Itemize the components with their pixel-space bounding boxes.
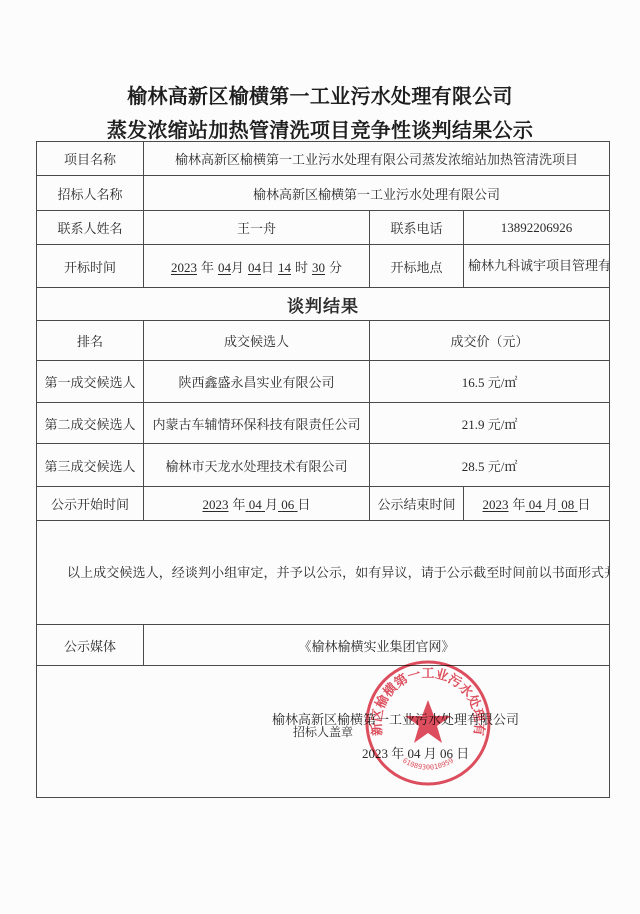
phone-value: 13892206926 [464, 211, 610, 245]
row-tenderer: 招标人名称 榆林高新区榆横第一工业污水处理有限公司 [37, 176, 610, 211]
project-name-value: 榆林高新区榆横第一工业污水处理有限公司蒸发浓缩站加热管清洗项目 [144, 142, 610, 176]
row-publicity-period: 公示开始时间 2023年 04 月 06 日 公示结束时间 2023年 04 月… [37, 487, 610, 521]
stamp-code: 6108930010959 [401, 757, 455, 772]
row-signature: 招标人盖章 [37, 666, 610, 798]
col-header-price: 成交价（元） [370, 321, 610, 361]
publicity-end-label: 公示结束时间 [370, 487, 464, 521]
candidate-cell: 内蒙古车辅情环保科技有限责任公司 [144, 403, 370, 444]
row-media: 公示媒体 《榆林榆横实业集团官网》 [37, 625, 610, 666]
unit-minute: 分 [329, 260, 342, 275]
end-month: 04 [529, 497, 542, 512]
tenderer-value: 榆林高新区榆横第一工业污水处理有限公司 [144, 176, 610, 211]
opening-month: 04 [218, 260, 231, 275]
opening-hour: 14 [278, 260, 291, 275]
row-contact: 联系人姓名 王一舟 联系电话 13892206926 [37, 211, 610, 245]
unit-month: 月 [265, 497, 278, 512]
table-row: 第三成交候选人 榆林市天龙水处理技术有限公司 28.5 元/㎡ [37, 444, 610, 487]
contact-value: 王一舟 [144, 211, 370, 245]
unit-day: 日 [298, 497, 311, 512]
candidate-cell: 榆林市天龙水处理技术有限公司 [144, 444, 370, 487]
price-cell: 16.5 元/㎡ [370, 361, 610, 403]
notice-paragraph: 以上成交候选人，经谈判小组审定，并予以公示，如有异议，请于公示截至时间前以书面形… [37, 521, 610, 625]
opening-minute: 30 [312, 260, 325, 275]
rank-cell: 第一成交候选人 [37, 361, 144, 403]
results-heading: 谈判结果 [37, 288, 610, 321]
official-seal-stamp: 榆林高新区榆横第一工业污水处理有限公司 6108930010959 [363, 658, 493, 788]
col-header-candidate: 成交候选人 [144, 321, 370, 361]
unit-month: 月 [231, 260, 244, 275]
publicity-start-value: 2023年 04 月 06 日 [144, 487, 370, 521]
unit-month: 月 [545, 497, 558, 512]
signature-label: 招标人盖章 [37, 666, 610, 798]
opening-time-label: 开标时间 [37, 245, 144, 288]
contact-label: 联系人姓名 [37, 211, 144, 245]
rank-cell: 第三成交候选人 [37, 444, 144, 487]
rank-cell: 第二成交候选人 [37, 403, 144, 444]
star-icon [405, 700, 451, 743]
price-cell: 21.9 元/㎡ [370, 403, 610, 444]
table-row: 第二成交候选人 内蒙古车辅情环保科技有限责任公司 21.9 元/㎡ [37, 403, 610, 444]
price-cell: 28.5 元/㎡ [370, 444, 610, 487]
row-notice: 以上成交候选人，经谈判小组审定，并予以公示，如有异议，请于公示截至时间前以书面形… [37, 521, 610, 625]
row-project-name: 项目名称 榆林高新区榆横第一工业污水处理有限公司蒸发浓缩站加热管清洗项目 [37, 142, 610, 176]
opening-place-value: 榆林九科诚宇项目管理有限公司 [464, 245, 610, 288]
results-header-row: 排名 成交候选人 成交价（元） [37, 321, 610, 361]
candidate-cell: 陕西鑫盛永昌实业有限公司 [144, 361, 370, 403]
svg-text:6108930010959: 6108930010959 [401, 757, 455, 772]
end-year: 2023 [482, 497, 508, 512]
opening-time-value: 2023年04月04日14时30分 [144, 245, 370, 288]
result-table: 项目名称 榆林高新区榆横第一工业污水处理有限公司蒸发浓缩站加热管清洗项目 招标人… [36, 141, 610, 798]
start-month: 04 [249, 497, 262, 512]
unit-year: 年 [512, 497, 525, 512]
media-label: 公示媒体 [37, 625, 144, 666]
unit-day: 日 [578, 497, 591, 512]
publicity-end-value: 2023年 04 月 08 日 [464, 487, 610, 521]
row-opening: 开标时间 2023年04月04日14时30分 开标地点 榆林九科诚宇项目管理有限… [37, 245, 610, 288]
opening-place-label: 开标地点 [370, 245, 464, 288]
tenderer-label: 招标人名称 [37, 176, 144, 211]
project-name-label: 项目名称 [37, 142, 144, 176]
unit-day: 日 [261, 260, 274, 275]
start-day: 06 [281, 497, 294, 512]
col-header-rank: 排名 [37, 321, 144, 361]
unit-hour: 时 [295, 260, 308, 275]
page-title-company: 榆林高新区榆横第一工业污水处理有限公司 [0, 80, 640, 109]
unit-year: 年 [232, 497, 245, 512]
publicity-start-label: 公示开始时间 [37, 487, 144, 521]
unit-year: 年 [201, 260, 214, 275]
end-day: 08 [561, 497, 574, 512]
opening-year: 2023 [171, 260, 197, 275]
start-year: 2023 [202, 497, 228, 512]
table-row: 第一成交候选人 陕西鑫盛永昌实业有限公司 16.5 元/㎡ [37, 361, 610, 403]
phone-label: 联系电话 [370, 211, 464, 245]
opening-day: 04 [248, 260, 261, 275]
page-title-notice: 蒸发浓缩站加热管清洗项目竞争性谈判结果公示 [0, 114, 640, 143]
row-results-heading: 谈判结果 [37, 288, 610, 321]
